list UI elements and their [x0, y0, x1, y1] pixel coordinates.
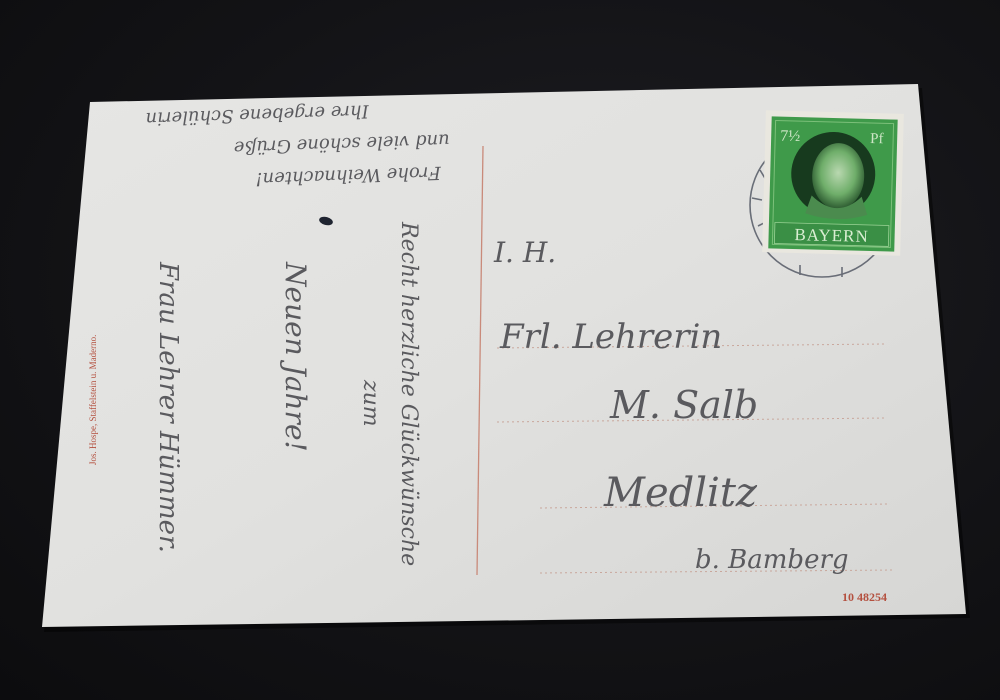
message-column1: Recht herzliche Glückwünsche: [396, 221, 421, 566]
stamp-value: 7½: [780, 128, 800, 146]
message-column2: zum: [358, 379, 383, 427]
publisher-imprint: Jos. Hospe, Staffelstein u. Maderno.: [88, 335, 98, 465]
address-line1: I. H.: [493, 236, 556, 269]
message-column3: Neuen Jahre!: [279, 261, 312, 452]
stamp-country: BAYERN: [794, 225, 869, 246]
serial-number: 10 48254: [842, 590, 887, 604]
address-line3: M. Salb: [609, 383, 758, 427]
postcard: Jos. Hospe, Staffelstein u. Maderno. 10 …: [0, 0, 1000, 700]
postage-stamp: 7½ Pf BAYERN: [762, 110, 904, 256]
message-column4: Frau Lehrer Hümmer.: [153, 261, 183, 553]
address-line2: Frl. Lehrerin: [499, 317, 722, 357]
address-line4: Medlitz: [603, 470, 758, 516]
stamp-pf: Pf: [870, 131, 884, 147]
address-line5: b. Bamberg: [695, 545, 849, 575]
